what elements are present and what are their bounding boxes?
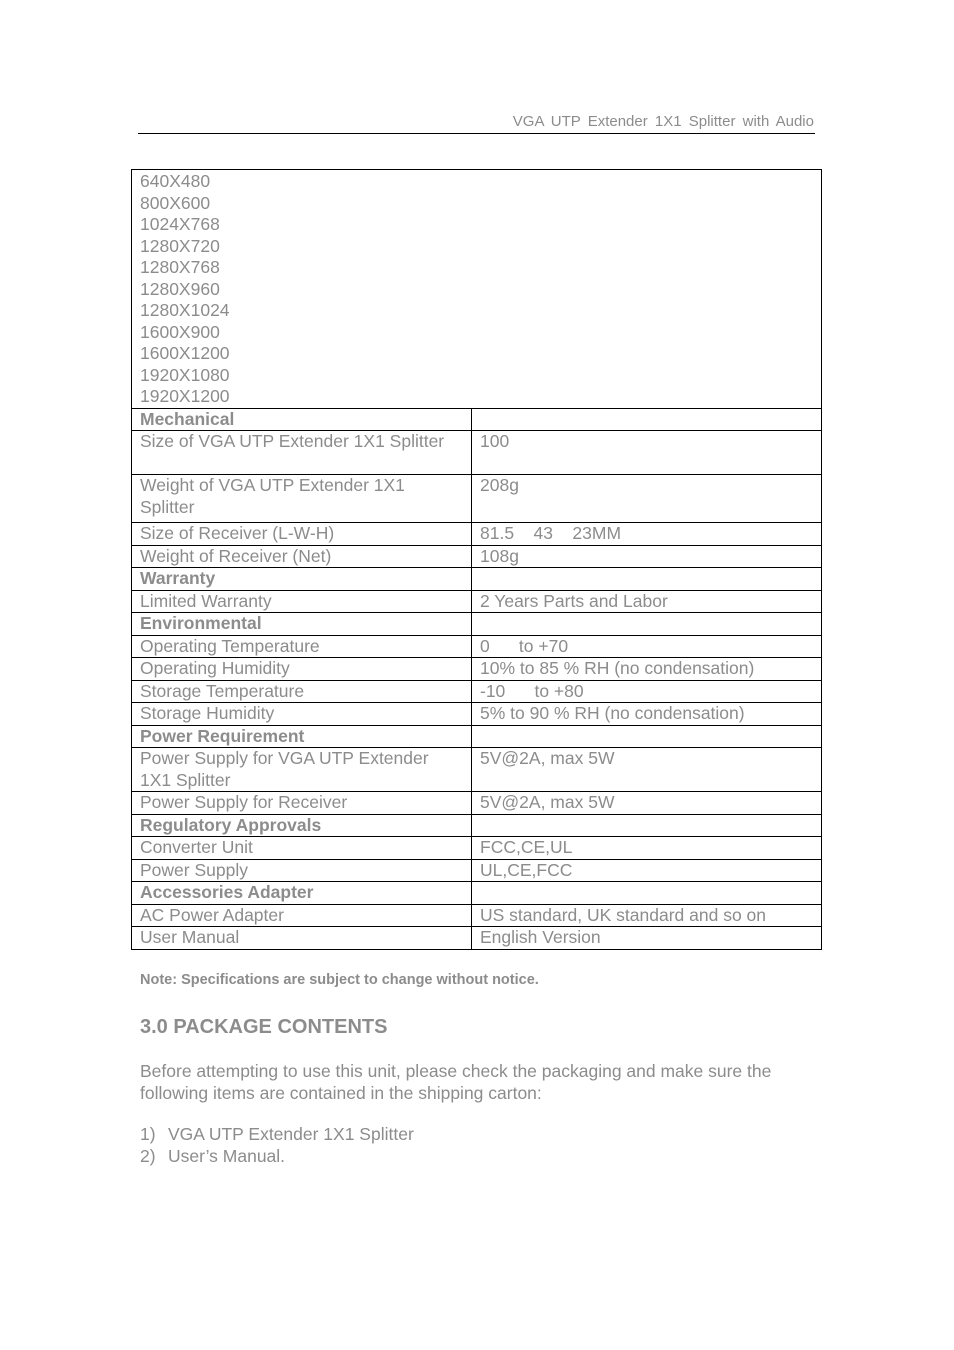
section-row: Accessories Adapter xyxy=(132,882,822,905)
section-label: Environmental xyxy=(132,613,472,636)
spec-value: 208g xyxy=(472,475,822,523)
spec-value xyxy=(472,814,822,837)
section-row: Mechanical xyxy=(132,408,822,431)
list-item-number: 2) xyxy=(140,1145,168,1167)
spec-value: 5V@2A, max 5W xyxy=(472,792,822,815)
section-row: Regulatory Approvals xyxy=(132,814,822,837)
spec-label: Storage Humidity xyxy=(132,703,472,726)
list-item-number: 1) xyxy=(140,1123,168,1145)
spec-value: 5% to 90 % RH (no condensation) xyxy=(472,703,822,726)
table-row: Power Supply for Receiver5V@2A, max 5W xyxy=(132,792,822,815)
list-item-text: VGA UTP Extender 1X1 Splitter xyxy=(168,1123,414,1145)
resolution-item: 1280X960 xyxy=(140,279,813,301)
section-label: Mechanical xyxy=(132,408,472,431)
spec-value xyxy=(472,725,822,748)
spec-label: Weight of Receiver (Net) xyxy=(132,545,472,568)
page-header-title: VGA UTP Extender 1X1 Splitter with Audio xyxy=(138,113,814,130)
table-row: Size of VGA UTP Extender 1X1 Splitter100 xyxy=(132,431,822,475)
resolution-item: 1280X720 xyxy=(140,236,813,258)
spec-value xyxy=(472,613,822,636)
table-row: Converter UnitFCC,CE,UL xyxy=(132,837,822,860)
table-row: Storage Temperature-10 to +80 xyxy=(132,680,822,703)
spec-label: AC Power Adapter xyxy=(132,904,472,927)
table-row: Storage Humidity5% to 90 % RH (no conden… xyxy=(132,703,822,726)
spec-label: Storage Temperature xyxy=(132,680,472,703)
table-row: Limited Warranty2 Years Parts and Labor xyxy=(132,590,822,613)
spec-label: Power Supply xyxy=(132,859,472,882)
spec-label: Operating Humidity xyxy=(132,658,472,681)
table-row: Power SupplyUL,CE,FCC xyxy=(132,859,822,882)
resolution-item: 1280X768 xyxy=(140,257,813,279)
section-row: Environmental xyxy=(132,613,822,636)
specification-note: Note: Specifications are subject to chan… xyxy=(140,972,539,988)
supported-resolutions-cell: 640X480800X6001024X7681280X7201280X76812… xyxy=(132,170,822,409)
spec-value xyxy=(472,882,822,905)
resolution-item: 1280X1024 xyxy=(140,300,813,322)
table-row: Power Supply for VGA UTP Extender 1X1 Sp… xyxy=(132,748,822,792)
spec-value: 108g xyxy=(472,545,822,568)
spec-value: 10% to 85 % RH (no condensation) xyxy=(472,658,822,681)
spec-value: 100 xyxy=(472,431,822,475)
spec-label: Size of Receiver (L-W-H) xyxy=(132,523,472,546)
specification-table: 640X480800X6001024X7681280X7201280X76812… xyxy=(131,169,822,950)
spec-label: Size of VGA UTP Extender 1X1 Splitter xyxy=(132,431,472,475)
table-row: Weight of VGA UTP Extender 1X1 Splitter2… xyxy=(132,475,822,523)
table-row: AC Power AdapterUS standard, UK standard… xyxy=(132,904,822,927)
spec-label: Weight of VGA UTP Extender 1X1 Splitter xyxy=(132,475,472,523)
resolution-item: 800X600 xyxy=(140,193,813,215)
spec-value: English Version xyxy=(472,927,822,950)
spec-value: 81.5 43 23MM xyxy=(472,523,822,546)
spec-value: UL,CE,FCC xyxy=(472,859,822,882)
resolution-item: 1920X1080 xyxy=(140,365,813,387)
table-row: Operating Temperature0 to +70 xyxy=(132,635,822,658)
section-row: Power Requirement xyxy=(132,725,822,748)
list-item-text: User’s Manual. xyxy=(168,1145,285,1167)
spec-label: Operating Temperature xyxy=(132,635,472,658)
resolution-item: 1024X768 xyxy=(140,214,813,236)
resolution-item: 1600X1200 xyxy=(140,343,813,365)
section-label: Power Requirement xyxy=(132,725,472,748)
spec-value xyxy=(472,408,822,431)
resolution-item: 640X480 xyxy=(140,171,813,193)
section-label: Warranty xyxy=(132,568,472,591)
spec-value: 5V@2A, max 5W xyxy=(472,748,822,792)
section-label: Regulatory Approvals xyxy=(132,814,472,837)
package-contents-list: 1)VGA UTP Extender 1X1 Splitter2)User’s … xyxy=(140,1123,414,1167)
spec-label: User Manual xyxy=(132,927,472,950)
section-paragraph: Before attempting to use this unit, plea… xyxy=(140,1060,830,1104)
spec-label: Converter Unit xyxy=(132,837,472,860)
resolution-item: 1600X900 xyxy=(140,322,813,344)
table-row: Weight of Receiver (Net)108g xyxy=(132,545,822,568)
list-item: 2)User’s Manual. xyxy=(140,1145,414,1167)
resolutions-row: 640X480800X6001024X7681280X7201280X76812… xyxy=(132,170,822,409)
table-row: Operating Humidity10% to 85 % RH (no con… xyxy=(132,658,822,681)
spec-value: 2 Years Parts and Labor xyxy=(472,590,822,613)
header-divider xyxy=(138,133,815,134)
spec-value xyxy=(472,568,822,591)
spec-value: 0 to +70 xyxy=(472,635,822,658)
spec-label: Power Supply for Receiver xyxy=(132,792,472,815)
resolution-item: 1920X1200 xyxy=(140,386,813,408)
table-row: Size of Receiver (L-W-H)81.5 43 23MM xyxy=(132,523,822,546)
section-heading: 3.0 PACKAGE CONTENTS xyxy=(140,1016,387,1039)
spec-label: Power Supply for VGA UTP Extender 1X1 Sp… xyxy=(132,748,472,792)
section-row: Warranty xyxy=(132,568,822,591)
spec-value: -10 to +80 xyxy=(472,680,822,703)
section-label: Accessories Adapter xyxy=(132,882,472,905)
spec-value: FCC,CE,UL xyxy=(472,837,822,860)
spec-label: Limited Warranty xyxy=(132,590,472,613)
list-item: 1)VGA UTP Extender 1X1 Splitter xyxy=(140,1123,414,1145)
table-row: User ManualEnglish Version xyxy=(132,927,822,950)
spec-value: US standard, UK standard and so on xyxy=(472,904,822,927)
